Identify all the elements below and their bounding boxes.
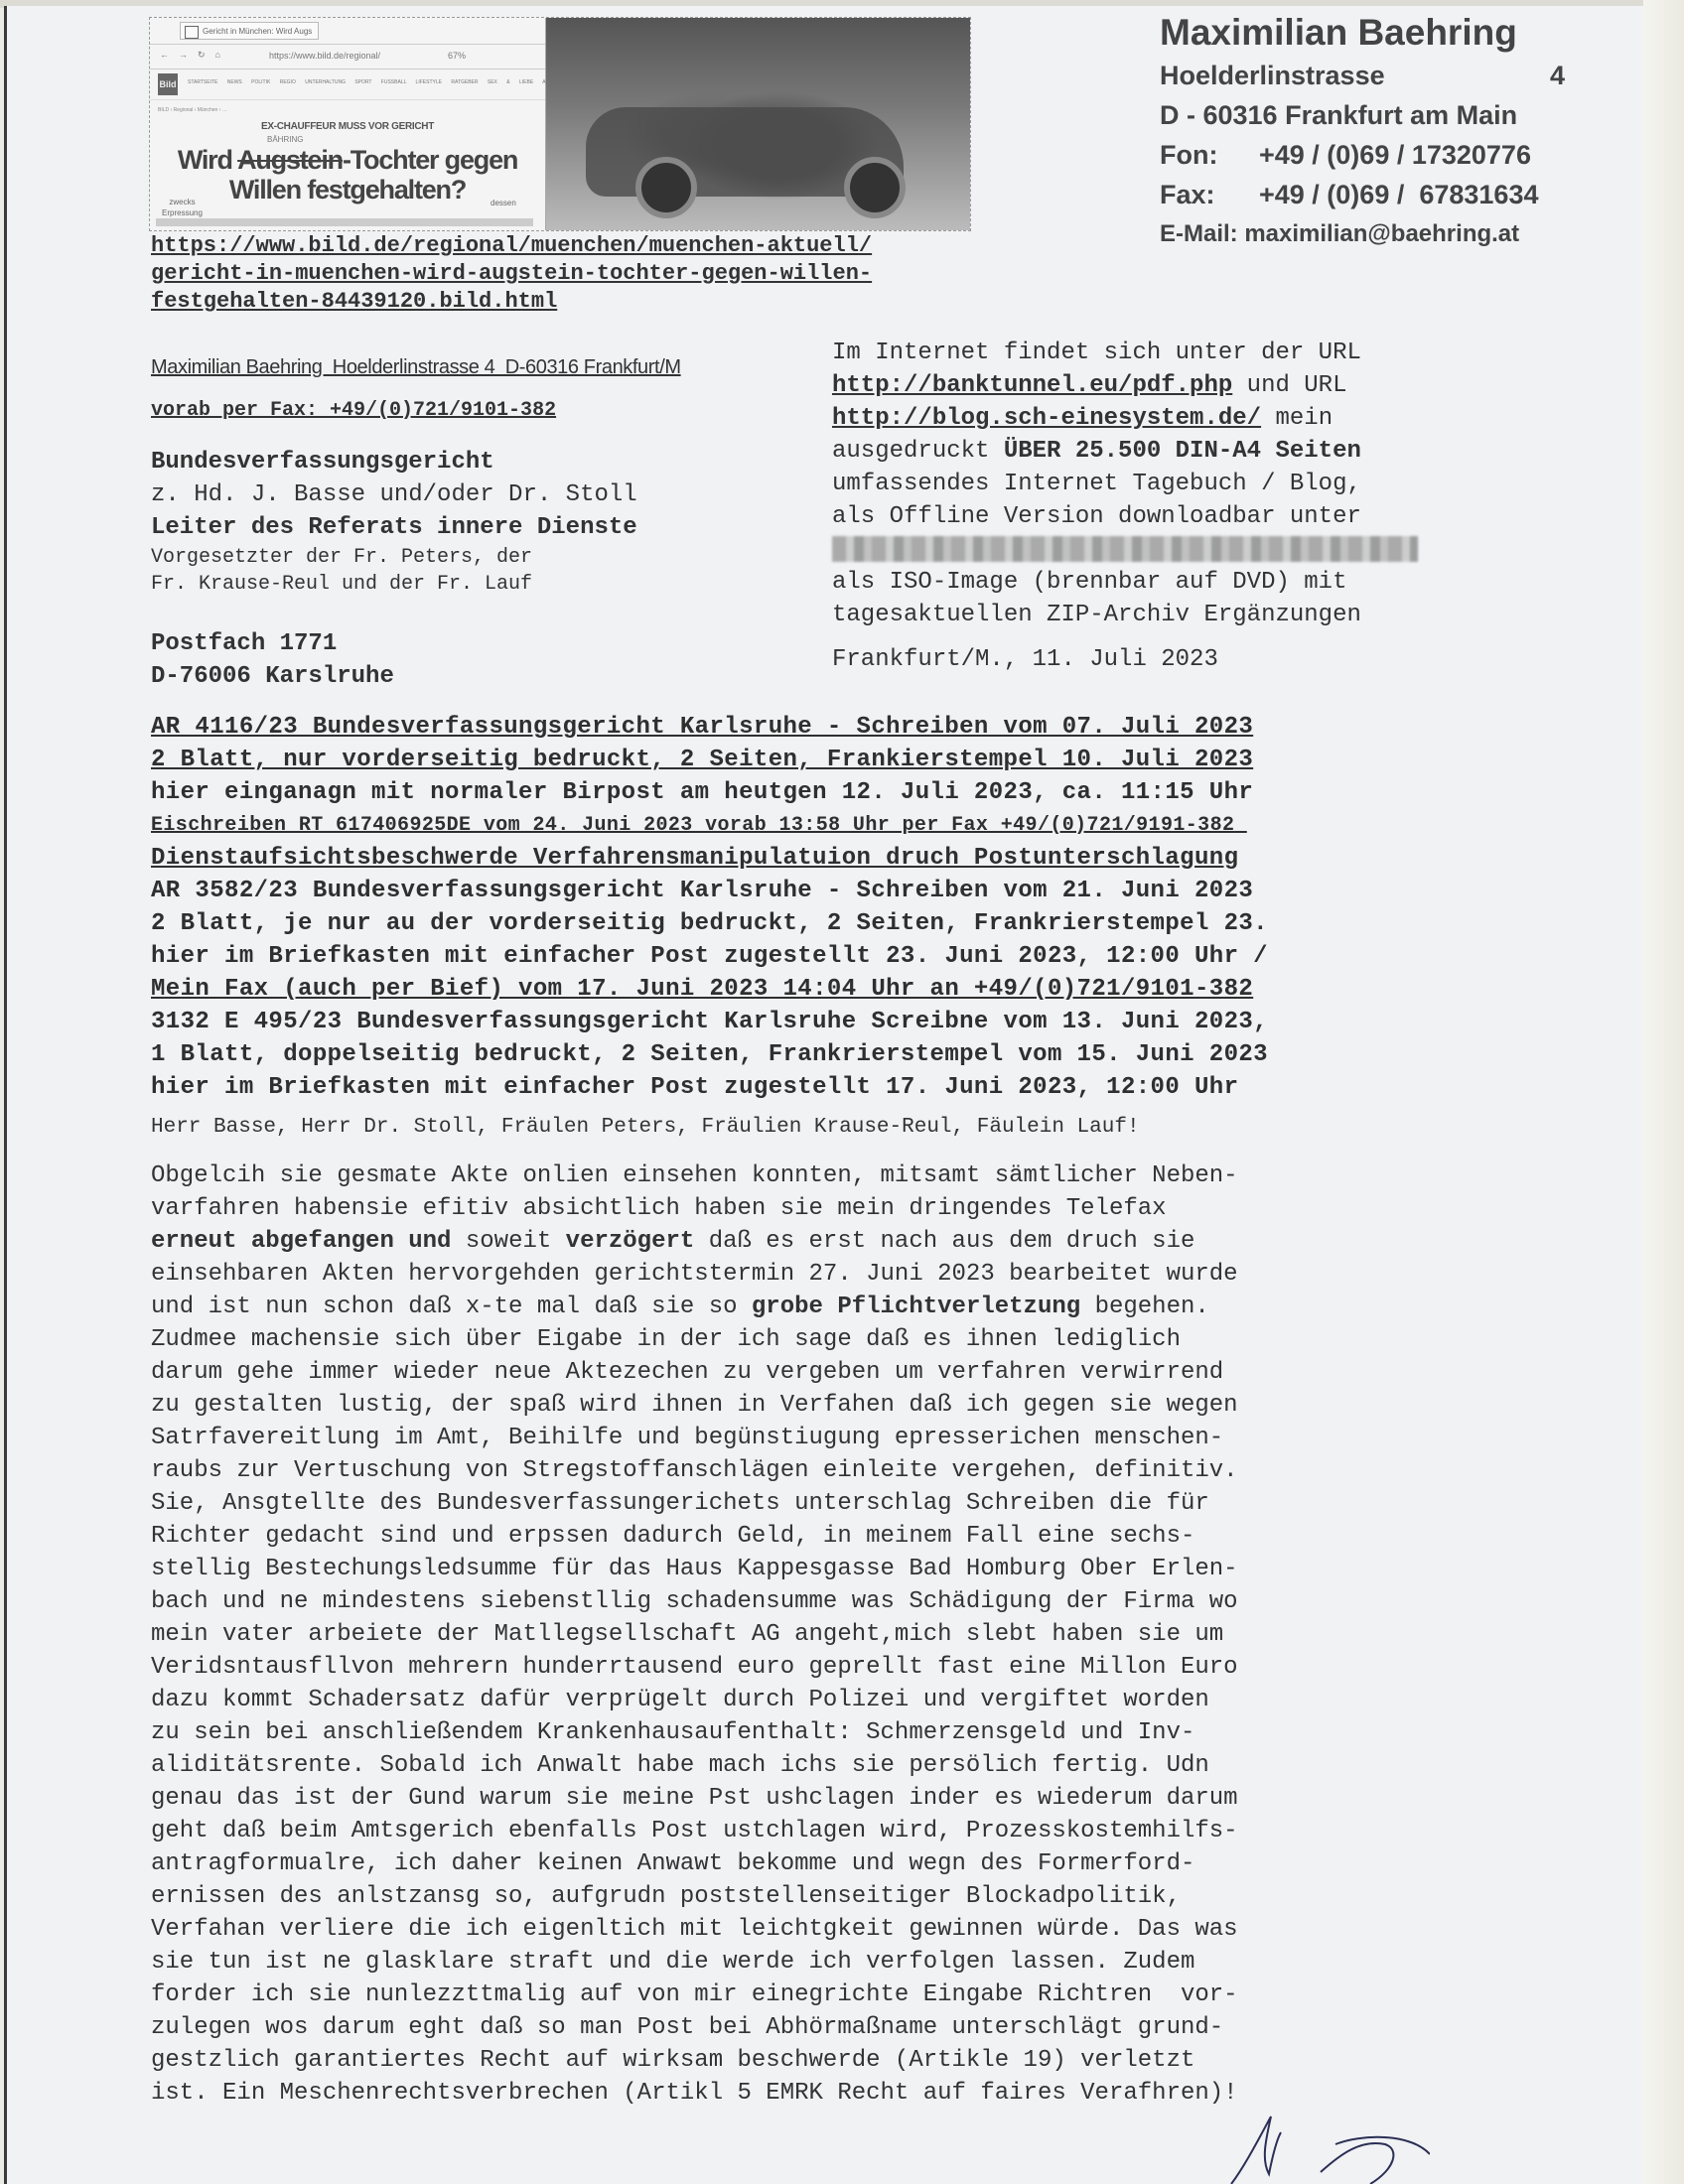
annotation-left: zwecks Erpressung [162,197,203,218]
body-line: zulegen wos darum eght daß so man Post b… [151,2011,1511,2044]
browser-zoom: 67% [448,51,466,61]
breadcrumb: BILD › Regional › München › … [158,107,227,113]
recipient-address: Bundesverfassungsgericht z. Hd. J. Basse… [151,446,637,598]
redacted-url [832,536,1418,562]
recipient-institution: Bundesverfassungsgericht [151,446,637,478]
article-clipping: Gericht in München: Wird Augs ←→↻⌂ https… [149,17,971,231]
body-line: raubs zur Vertuschung von Stregstoffansc… [151,1454,1511,1487]
body-line: gestzlich garantiertes Recht auf wirksam… [151,2044,1511,2077]
scan-right-strip [1643,0,1684,2184]
reference-line: 1 Blatt, doppelseitig bedruckt, 2 Seiten… [151,1038,1501,1071]
site-header: Bild STARTSEITE NEWS POLITIK REGIO UNTER… [150,69,545,100]
reference-line: AR 3582/23 Bundesverfassungsgericht Karl… [151,875,1501,907]
body-line: Obgelcih sie gesmate Akte onlien einsehe… [151,1160,1511,1192]
sender-email: E-Mail: maximilian@baehring.at [1160,214,1565,254]
body-line: Zudmee machensie sich über Eigabe in der… [151,1323,1511,1356]
browser-tabbar: Gericht in München: Wird Augs [150,18,545,45]
body-line: Richter gedacht sind und erpssen dadurch… [151,1520,1511,1553]
body-line: Verfahan verliere die ich eigenltich mit… [151,1913,1511,1946]
body-line: Sie, Ansgtellte des Bundesverfassungeric… [151,1487,1511,1520]
body-line: einsehbaren Akten hervorgehden gerichtst… [151,1258,1511,1291]
sender-street: Hoelderlinstrasse 4 [1160,56,1565,95]
vorab-fax-note: vorab per Fax: +49/(0)721/9101-382 [151,399,556,422]
reference-line: Eischreiben RT 617406925DE vom 24. Juni … [151,809,1501,842]
sender-name: Maximilian Baehring [1160,10,1565,56]
browser-screenshot: Gericht in München: Wird Augs ←→↻⌂ https… [150,18,546,230]
reference-line: Dienstaufsichtsbeschwerde Verfahrensmani… [151,842,1501,875]
reference-line: 2 Blatt, nur vorderseitig bedruckt, 2 Se… [151,744,1501,776]
body-line: dazu kommt Schadersatz dafür verprügelt … [151,1684,1511,1716]
reference-line: hier im Briefkasten mit einfacher Post z… [151,940,1501,973]
salutation: Herr Basse, Herr Dr. Stoll, Fräulen Pete… [151,1116,1140,1139]
body-line: ernissen des anlstzansg so, aufgrudn pos… [151,1880,1511,1913]
site-menu: STARTSEITE NEWS POLITIK REGIO UNTERHALTU… [188,79,603,85]
sender-phone: Fon: +49 / (0)69 / 17320776 [1160,135,1565,175]
wheel-shape [844,157,906,218]
blog-link[interactable]: http://blog.sch-einesystem.de/ [832,405,1261,432]
site-logo: Bild [158,73,178,95]
sender-fax: Fax: +49 / (0)69 / 67831634 [1160,175,1565,214]
reference-line: 3132 E 495/23 Bundesverfassungsgericht K… [151,1006,1501,1038]
body-line: erneut abgefangen und soweit verzögert d… [151,1225,1511,1258]
body-line: mein vater arbeiete der Matllegsellschaf… [151,1618,1511,1651]
body-line: antragformualre, ich daher keinen Anwawt… [151,1847,1511,1880]
body-line: forder ich sie nunlezzttmalig auf von mi… [151,1979,1511,2011]
body-line: zu sein bei anschließendem Krankenhausau… [151,1716,1511,1749]
body-line: bach und ne mindestens siebenstllig scha… [151,1585,1511,1618]
browser-url: https://www.bild.de/regional/ [269,51,380,61]
return-address: Maximilian Baehring Hoelderlinstrasse 4 … [151,356,681,379]
reference-line: hier im Briefkasten mit einfacher Post z… [151,1071,1501,1104]
reference-line: Mein Fax (auch per Bief) vom 17. Juni 20… [151,973,1501,1006]
body-line: aliditätsrente. Sobald ich Anwalt habe m… [151,1749,1511,1782]
burned-car-photo [546,18,970,230]
sender-city: D - 60316 Frankfurt am Main [1160,95,1565,135]
browser-urlbar: ←→↻⌂ https://www.bild.de/regional/ 67% [150,45,545,69]
handwritten-signature [1211,2115,1430,2184]
sender-letterhead: Maximilian Baehring Hoelderlinstrasse 4 … [1160,10,1565,254]
body-line: stellig Bestechungsledsumme für das Haus… [151,1553,1511,1585]
article-url[interactable]: https://www.bild.de/regional/muenchen/mu… [151,232,872,316]
body-line: Veridsntausfllvon mehrern hunderrtausend… [151,1651,1511,1684]
article-headline: Wird Augstein-Tochter gegen Willen festg… [150,145,545,205]
body-line: und ist nun schon daß x-te mal daß sie s… [151,1291,1511,1323]
wheel-shape [635,157,697,218]
body-line: geht daß beim Amtsgerich ebenfalls Post … [151,1815,1511,1847]
recipient-attention: z. Hd. J. Basse und/oder Dr. Stoll [151,478,637,511]
recipient-note: Vorgesetzter der Fr. Peters, der [151,544,637,571]
reference-line: AR 4116/23 Bundesverfassungsgericht Karl… [151,711,1501,744]
body-line: zu gestalten lustig, der spaß wird ihnen… [151,1389,1511,1422]
reference-line: 2 Blatt, je nur au der vorderseitig bedr… [151,907,1501,940]
struck-name: Augstein [237,145,343,175]
reference-block: AR 4116/23 Bundesverfassungsgericht Karl… [151,711,1501,1104]
banktunnel-link[interactable]: http://banktunnel.eu/pdf.php [832,372,1232,399]
body-line: varfahren habensie efitiv absichtlich ha… [151,1192,1511,1225]
dateline: Frankfurt/M., 11. Juli 2023 [832,646,1218,673]
recipient-department: Leiter des Referats innere Dienste [151,511,637,544]
browser-tab-title: Gericht in München: Wird Augs [203,27,312,36]
recipient-postbox: Postfach 1771 D-76006 Karslruhe [151,627,394,693]
horizontal-scrollbar [156,218,533,226]
body-line: darum gehe immer wieder neue Aktezechen … [151,1356,1511,1389]
favicon-icon [185,26,199,39]
article-kicker: EX-CHAUFFEUR MUSS VOR GERICHT [150,121,545,132]
body-line: sie tun ist ne glasklare straft und die … [151,1946,1511,1979]
recipient-note: Fr. Krause-Reul und der Fr. Lauf [151,571,637,598]
browser-nav-icons: ←→↻⌂ [160,50,230,61]
letter-body: Obgelcih sie gesmate Akte onlien einsehe… [151,1160,1511,2110]
internet-infobox: Im Internet findet sich unter der URLhtt… [832,337,1418,631]
body-line: genau das ist der Gund warum sie meine P… [151,1782,1511,1815]
reference-line: hier einganagn mit normaler Birpost am h… [151,776,1501,809]
browser-tab: Gericht in München: Wird Augs [180,22,319,40]
handwritten-overwrite: BÄHRING [267,135,303,144]
body-line: ist. Ein Meschenrechtsverbrechen (Artikl… [151,2077,1511,2110]
annotation-right: dessen [491,199,516,207]
body-line: Satrfavereitlung im Amt, Beihilfe und be… [151,1422,1511,1454]
